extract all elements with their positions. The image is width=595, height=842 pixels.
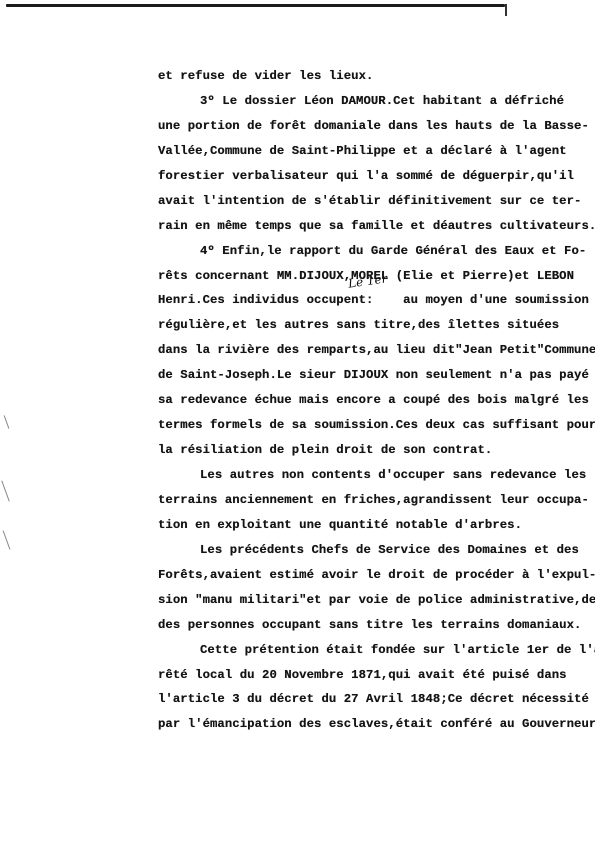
- margin-mark: [1, 480, 9, 501]
- margin-mark: [3, 530, 11, 549]
- text-line: 3º Le dossier Léon DAMOUR.Cet habitant a…: [158, 89, 578, 114]
- text-line: régulière,et les autres sans titre,des î…: [158, 313, 578, 338]
- text-line: de Saint-Joseph.Le sieur DIJOUX non seul…: [158, 363, 578, 388]
- text-line: tion en exploitant une quantité notable …: [158, 513, 578, 538]
- text-line: Cette prétention était fondée sur l'arti…: [158, 638, 578, 663]
- text-line: et refuse de vider les lieux.: [158, 64, 578, 89]
- text-line: des personnes occupant sans titre les te…: [158, 613, 578, 638]
- text-line: avait l'intention de s'établir définitiv…: [158, 189, 578, 214]
- document-body: et refuse de vider les lieux.3º Le dossi…: [158, 64, 578, 737]
- text-line: forestier verbalisateur qui l'a sommé de…: [158, 164, 578, 189]
- text-line: sion "manu militari"et par voie de polic…: [158, 588, 578, 613]
- text-line: termes formels de sa soumission.Ces deux…: [158, 413, 578, 438]
- text-line: dans la rivière des remparts,au lieu dit…: [158, 338, 578, 363]
- text-line: l'article 3 du décret du 27 Avril 1848;C…: [158, 687, 578, 712]
- text-line: rain en même temps que sa famille et déa…: [158, 214, 578, 239]
- text-line: 4º Enfin,le rapport du Garde Général des…: [158, 239, 578, 264]
- text-line: la résiliation de plein droit de son con…: [158, 438, 578, 463]
- text-line: Les autres non contents d'occuper sans r…: [158, 463, 578, 488]
- margin-mark: [4, 415, 10, 428]
- text-line: Henri.Ces individus occupent: au moyen d…: [158, 288, 578, 313]
- text-line: sa redevance échue mais encore a coupé d…: [158, 388, 578, 413]
- text-line: Forêts,avaient estimé avoir le droit de …: [158, 563, 578, 588]
- text-line: terrains anciennement en friches,agrandi…: [158, 488, 578, 513]
- text-line: Les précédents Chefs de Service des Doma…: [158, 538, 578, 563]
- text-line: par l'émancipation des esclaves,était co…: [158, 712, 578, 737]
- page-top-edge: [6, 4, 505, 7]
- text-line: Vallée,Commune de Saint-Philippe et a dé…: [158, 139, 578, 164]
- text-line: une portion de forêt domaniale dans les …: [158, 114, 578, 139]
- text-line: rêté local du 20 Novembre 1871,qui avait…: [158, 663, 578, 688]
